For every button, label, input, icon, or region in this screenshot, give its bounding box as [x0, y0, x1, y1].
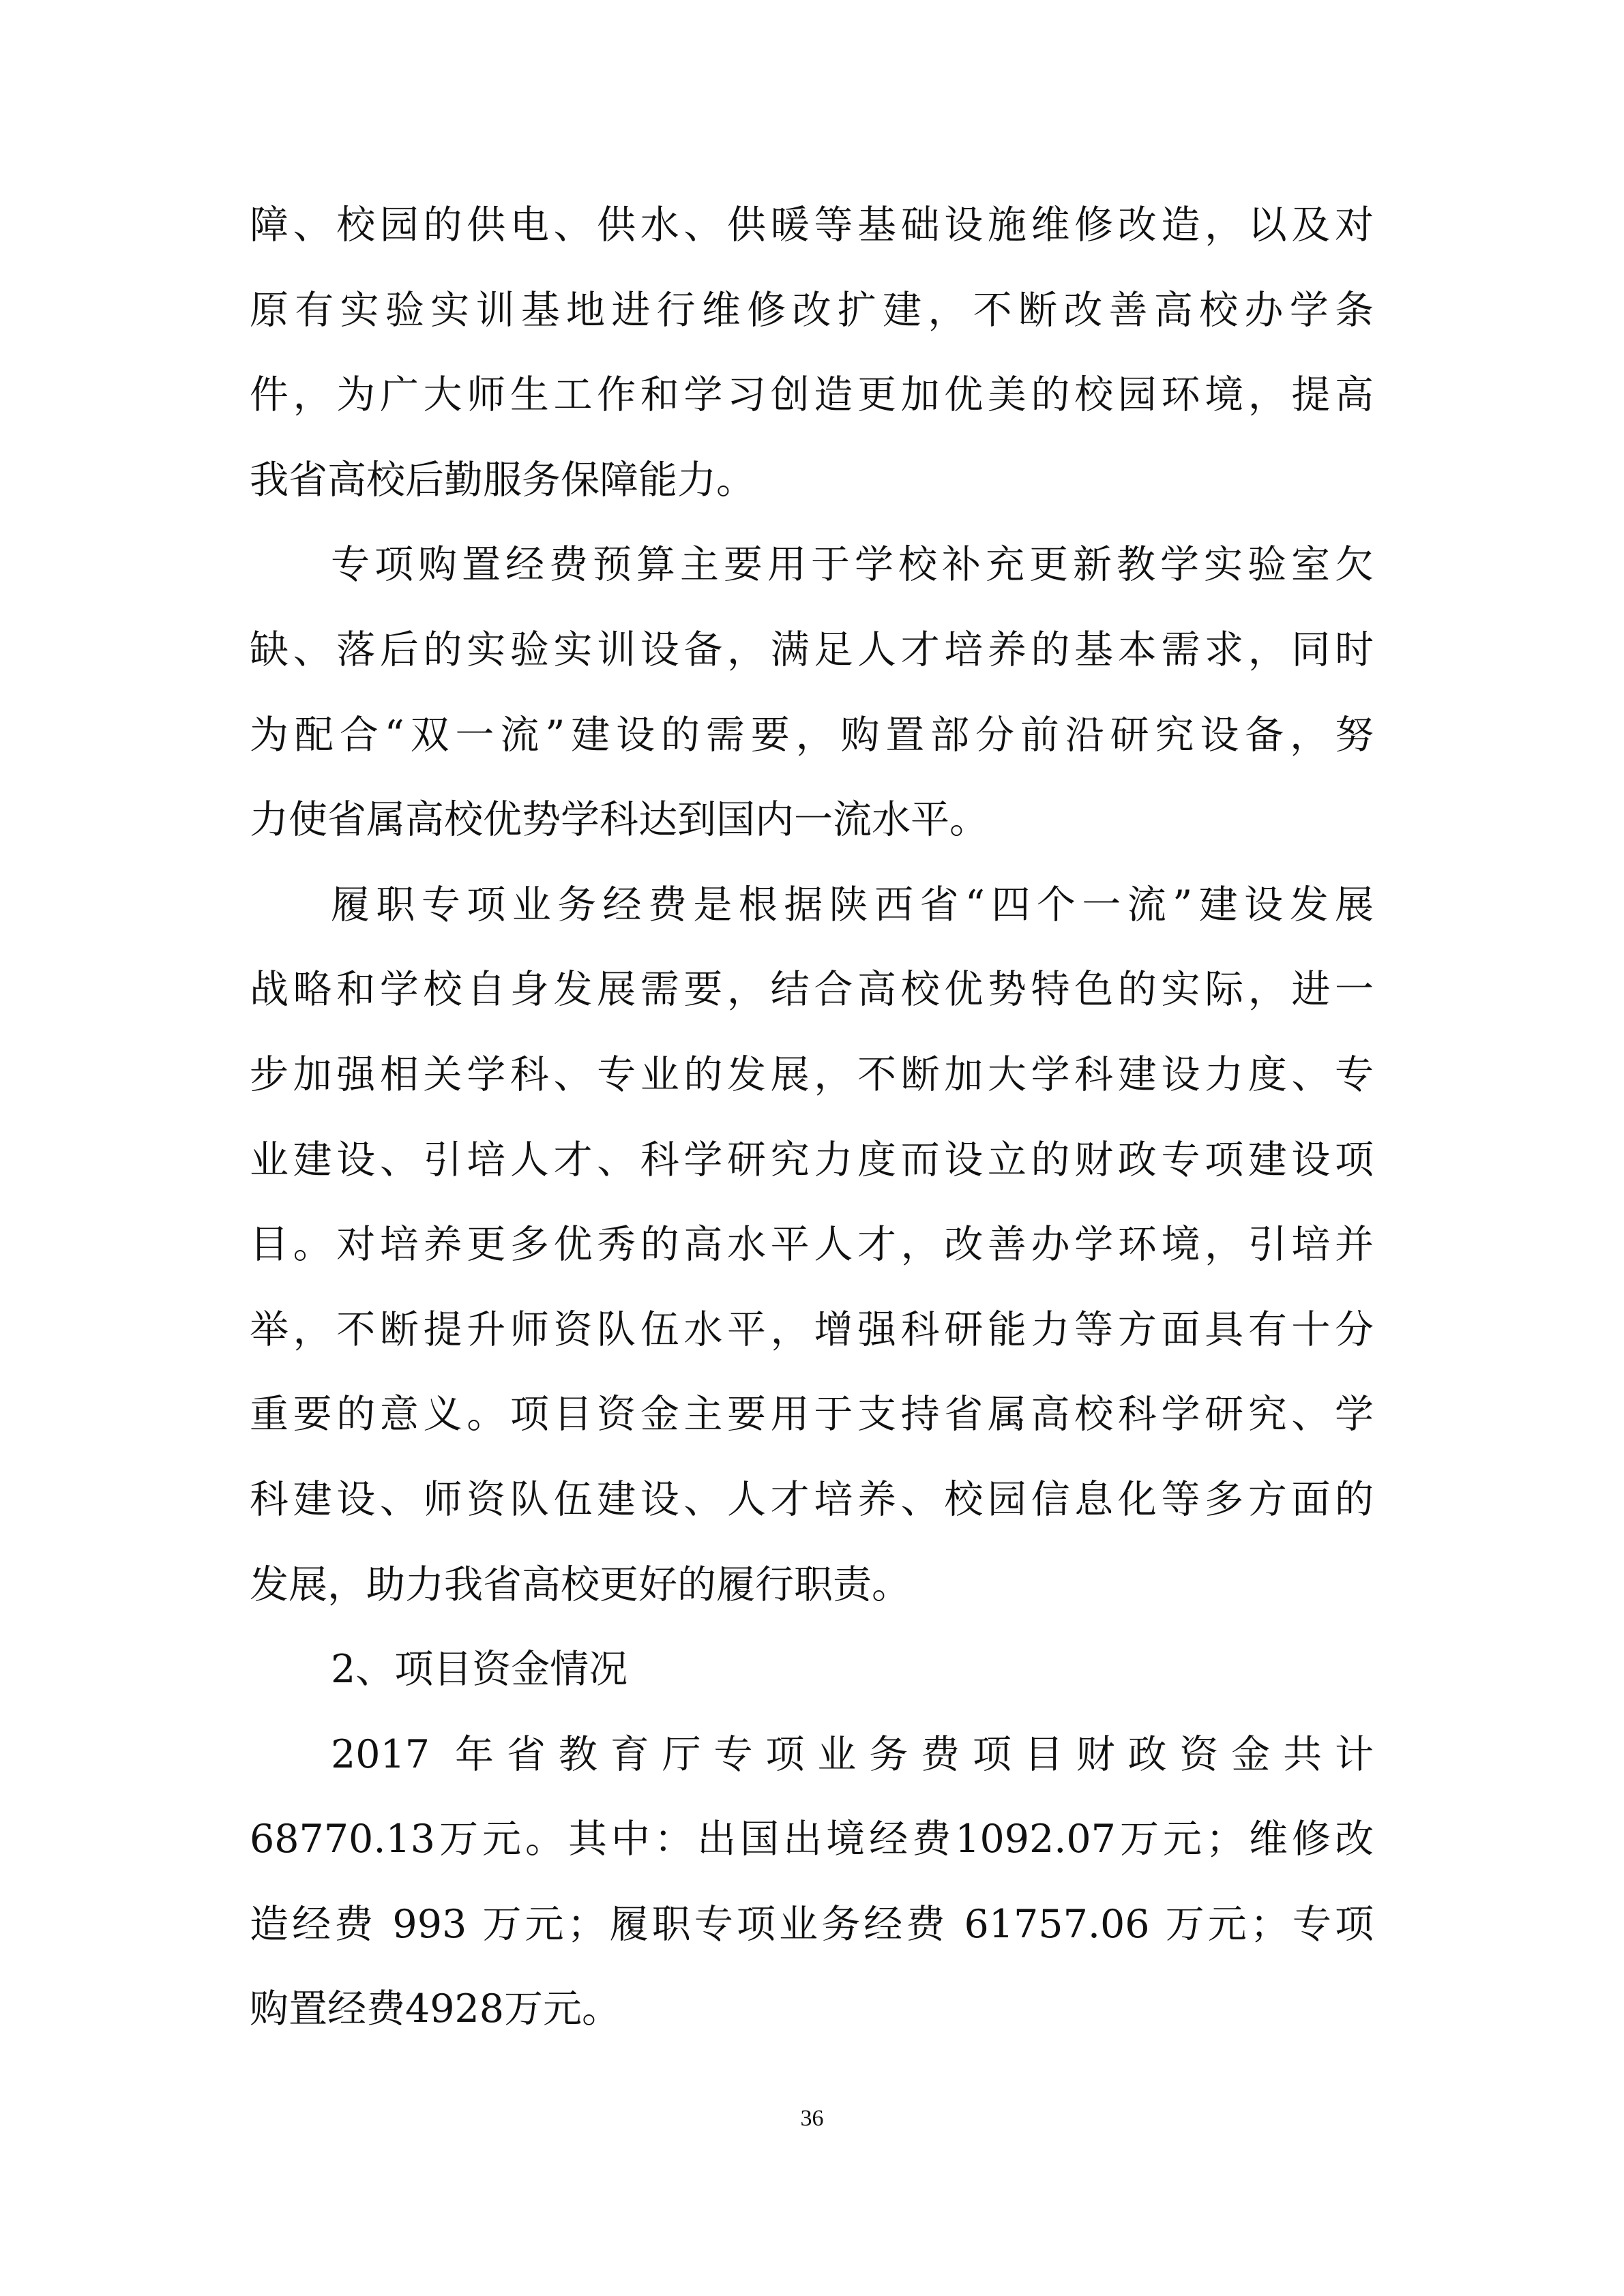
text-line: 造经费 993 万元；履职专项业务经费 61757.06 万元；专项 — [250, 1896, 1374, 1981]
text-line: 缺、落后的实验实训设备，满足人才培养的基本需求，同时 — [250, 621, 1374, 706]
text-line: 专项购置经费预算主要用于学校补充更新教学实验室欠 — [250, 536, 1374, 621]
paragraph-funding-summary: 2017 年省教育厅专项业务费项目财政资金共计 68770.13万元。其中：出国… — [250, 1726, 1374, 2066]
text-line: 履职专项业务经费是根据陕西省“四个一流”建设发展 — [250, 876, 1374, 961]
text-line: 发展，助力我省高校更好的履行职责。 — [250, 1556, 1374, 1641]
page-number: 36 — [0, 2106, 1624, 2132]
text-line: 原有实验实训基地进行维修改扩建，不断改善高校办学条 — [250, 282, 1374, 367]
paragraph-duty-funds: 履职专项业务经费是根据陕西省“四个一流”建设发展 战略和学校自身发展需要，结合高… — [250, 876, 1374, 1641]
text-line: 科建设、师资队伍建设、人才培养、校园信息化等多方面的 — [250, 1471, 1374, 1556]
text-line: 业建设、引培人才、科学研究力度而设立的财政专项建设项 — [250, 1131, 1374, 1217]
text-line: 我省高校后勤服务保障能力。 — [250, 451, 1374, 537]
text-line: 为配合“双一流”建设的需要，购置部分前沿研究设备，努 — [250, 706, 1374, 792]
paragraph-purchase-budget: 专项购置经费预算主要用于学校补充更新教学实验室欠 缺、落后的实验实训设备，满足人… — [250, 536, 1374, 876]
text-line: 2017 年省教育厅专项业务费项目财政资金共计 — [250, 1726, 1374, 1811]
text-line: 68770.13万元。其中：出国出境经费1092.07万元；维修改 — [250, 1810, 1374, 1896]
body-text: 障、校园的供电、供水、供暖等基础设施维修改造，以及对 原有实验实训基地进行维修改… — [250, 196, 1374, 2066]
text-line: 举，不断提升师资队伍水平，增强科研能力等方面具有十分 — [250, 1301, 1374, 1386]
text-line: 障、校园的供电、供水、供暖等基础设施维修改造，以及对 — [250, 196, 1374, 282]
text-line: 件，为广大师生工作和学习创造更加优美的校园环境，提高 — [250, 366, 1374, 451]
text-line: 重要的意义。项目资金主要用于支持省属高校科学研究、学 — [250, 1386, 1374, 1471]
text-line: 步加强相关学科、专业的发展，不断加大学科建设力度、专 — [250, 1046, 1374, 1131]
section-heading: 2、项目资金情况 — [250, 1641, 1374, 1726]
text-line: 购置经费4928万元。 — [250, 1980, 1374, 2066]
section-heading-funding: 2、项目资金情况 — [250, 1641, 1374, 1726]
text-line: 目。对培养更多优秀的高水平人才，改善办学环境，引培并 — [250, 1216, 1374, 1301]
document-page: 障、校园的供电、供水、供暖等基础设施维修改造，以及对 原有实验实训基地进行维修改… — [0, 0, 1624, 2296]
text-line: 力使省属高校优势学科达到国内一流水平。 — [250, 791, 1374, 876]
text-line: 战略和学校自身发展需要，结合高校优势特色的实际，进一 — [250, 961, 1374, 1046]
paragraph-facilities-maintenance: 障、校园的供电、供水、供暖等基础设施维修改造，以及对 原有实验实训基地进行维修改… — [250, 196, 1374, 536]
